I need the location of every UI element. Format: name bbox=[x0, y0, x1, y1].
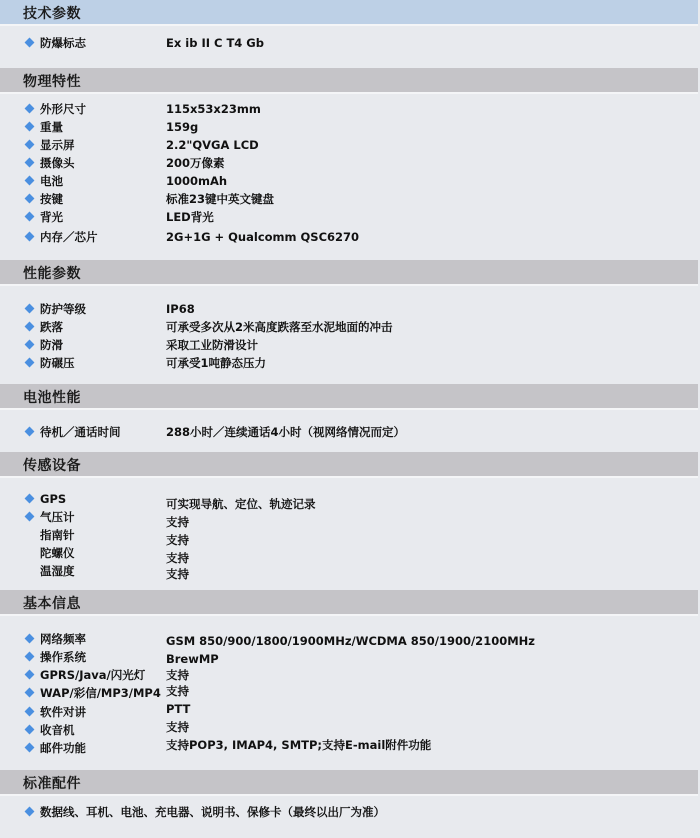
spec-label: 重量 bbox=[40, 119, 63, 135]
section-body: GPS 可实现导航、定位、轨迹记录 气压计 支持 指南针 支持 陀螺仪 支持 温… bbox=[0, 478, 698, 590]
section-body: 外形尺寸 115x53x23mm 重量 159g 显示屏 2.2"QVGA LC… bbox=[0, 94, 698, 260]
spec-row: WAP/彩信/MP3/MP4 支持 bbox=[0, 685, 698, 703]
diamond-bullet-icon bbox=[25, 743, 35, 753]
spec-value: 标准23键中英文键盘 bbox=[166, 191, 274, 207]
section-physical: 物理特性 外形尺寸 115x53x23mm 重量 159g 显示屏 2.2"QV… bbox=[0, 68, 700, 260]
section-header: 电池性能 bbox=[0, 384, 698, 410]
spec-row: 防滑 采取工业防滑设计 bbox=[0, 337, 698, 355]
spec-row: 指南针 支持 bbox=[0, 527, 698, 545]
diamond-bullet-icon bbox=[25, 707, 35, 717]
diamond-bullet-icon bbox=[25, 725, 35, 735]
diamond-bullet-icon bbox=[25, 176, 35, 186]
spec-value: 支持POP3, IMAP4, SMTP;支持E-mail附件功能 bbox=[166, 737, 431, 753]
section-body: 数据线、耳机、电池、充电器、说明书、保修卡（最终以出厂为准） bbox=[0, 796, 698, 838]
section-header: 传感设备 bbox=[0, 452, 698, 478]
diamond-bullet-icon bbox=[25, 322, 35, 332]
spec-row: 邮件功能 支持POP3, IMAP4, SMTP;支持E-mail附件功能 bbox=[0, 740, 698, 758]
spec-value: IP68 bbox=[166, 301, 195, 317]
spec-row: 陀螺仪 支持 bbox=[0, 545, 698, 563]
spec-value: 采取工业防滑设计 bbox=[166, 337, 258, 353]
diamond-bullet-icon bbox=[25, 807, 35, 817]
spec-label: GPS bbox=[40, 491, 66, 507]
spec-label: 陀螺仪 bbox=[40, 545, 75, 561]
spec-row: 温湿度 支持 bbox=[0, 563, 698, 581]
section-body: 待机／通话时间 288小时／连续通话4小时（视网络情况而定） bbox=[0, 410, 698, 452]
section-title: 性能参数 bbox=[23, 263, 81, 283]
spec-row: 防碾压 可承受1吨静态压力 bbox=[0, 355, 698, 373]
section-header: 标准配件 bbox=[0, 770, 698, 796]
spec-row: 背光 LED背光 bbox=[0, 209, 698, 227]
diamond-bullet-icon bbox=[25, 652, 35, 662]
spec-row: 数据线、耳机、电池、充电器、说明书、保修卡（最终以出厂为准） bbox=[0, 804, 698, 822]
spec-value: 支持 bbox=[166, 566, 189, 582]
spec-row: 电池 1000mAh bbox=[0, 173, 698, 191]
diamond-bullet-icon bbox=[25, 104, 35, 114]
spec-value: 支持 bbox=[166, 667, 189, 683]
diamond-bullet-icon bbox=[25, 38, 35, 48]
diamond-bullet-icon bbox=[25, 427, 35, 437]
section-title: 电池性能 bbox=[23, 387, 81, 407]
spec-row: 内存／芯片 2G+1G + Qualcomm QSC6270 bbox=[0, 229, 698, 247]
spec-value: 可承受1吨静态压力 bbox=[166, 355, 266, 371]
section-tech-params: 技术参数 防爆标志 Ex ib II C T4 Gb bbox=[0, 0, 700, 68]
section-header: 性能参数 bbox=[0, 260, 698, 286]
spec-label: 按键 bbox=[40, 191, 63, 207]
spec-row: 操作系统 BrewMP bbox=[0, 649, 698, 667]
spec-value: 159g bbox=[166, 119, 198, 135]
spec-row: 按键 标准23键中英文键盘 bbox=[0, 191, 698, 209]
spec-label: 待机／通话时间 bbox=[40, 424, 121, 440]
spec-row: 网络频率 GSM 850/900/1800/1900MHz/WCDMA 850/… bbox=[0, 631, 698, 649]
spec-label: 摄像头 bbox=[40, 155, 75, 171]
spec-row: 重量 159g bbox=[0, 119, 698, 137]
section-body: 网络频率 GSM 850/900/1800/1900MHz/WCDMA 850/… bbox=[0, 616, 698, 770]
spec-label: 防爆标志 bbox=[40, 35, 86, 51]
diamond-bullet-icon bbox=[25, 232, 35, 242]
spec-row: GPRS/Java/闪光灯 支持 bbox=[0, 667, 698, 685]
spec-label: 防滑 bbox=[40, 337, 63, 353]
section-body: 防爆标志 Ex ib II C T4 Gb bbox=[0, 26, 698, 68]
spec-row: 防爆标志 Ex ib II C T4 Gb bbox=[0, 35, 698, 53]
spec-label: 指南针 bbox=[40, 527, 75, 543]
spec-value: BrewMP bbox=[166, 651, 219, 667]
section-title: 基本信息 bbox=[23, 593, 81, 613]
diamond-bullet-icon bbox=[25, 340, 35, 350]
spec-label: 网络频率 bbox=[40, 631, 86, 647]
spec-value: LED背光 bbox=[166, 209, 214, 225]
spec-label: 操作系统 bbox=[40, 649, 86, 665]
spec-label: 背光 bbox=[40, 209, 63, 225]
diamond-bullet-icon bbox=[25, 140, 35, 150]
section-title: 技术参数 bbox=[23, 3, 81, 23]
section-title: 物理特性 bbox=[23, 71, 81, 91]
spec-label: 软件对讲 bbox=[40, 704, 86, 720]
spec-value: 支持 bbox=[166, 719, 189, 735]
spec-label: 跌落 bbox=[40, 319, 63, 335]
spec-value: 2G+1G + Qualcomm QSC6270 bbox=[166, 229, 359, 245]
diamond-bullet-icon bbox=[25, 194, 35, 204]
spec-row: 气压计 支持 bbox=[0, 509, 698, 527]
spec-value: 2.2"QVGA LCD bbox=[166, 137, 259, 153]
spec-row: 待机／通话时间 288小时／连续通话4小时（视网络情况而定） bbox=[0, 424, 698, 442]
spec-value: PTT bbox=[166, 701, 190, 717]
section-body: 防护等级 IP68 跌落 可承受多次从2米高度跌落至水泥地面的冲击 防滑 采取工… bbox=[0, 286, 698, 384]
section-sensors: 传感设备 GPS 可实现导航、定位、轨迹记录 气压计 支持 指南针 支持 陀螺仪… bbox=[0, 452, 700, 590]
spec-value: Ex ib II C T4 Gb bbox=[166, 35, 264, 51]
spec-row: 外形尺寸 115x53x23mm bbox=[0, 101, 698, 119]
diamond-bullet-icon bbox=[25, 634, 35, 644]
spec-row: 软件对讲 PTT bbox=[0, 704, 698, 722]
diamond-bullet-icon bbox=[25, 304, 35, 314]
spec-value: 200万像素 bbox=[166, 155, 225, 171]
section-header: 物理特性 bbox=[0, 68, 698, 94]
spec-label: 显示屏 bbox=[40, 137, 75, 153]
spec-label: 温湿度 bbox=[40, 563, 75, 579]
spec-label: 电池 bbox=[40, 173, 63, 189]
spec-value: GSM 850/900/1800/1900MHz/WCDMA 850/1900/… bbox=[166, 633, 535, 649]
accessories-text: 数据线、耳机、电池、充电器、说明书、保修卡（最终以出厂为准） bbox=[40, 804, 385, 820]
spec-value: 1000mAh bbox=[166, 173, 227, 189]
spec-label: GPRS/Java/闪光灯 bbox=[40, 667, 145, 683]
diamond-bullet-icon bbox=[25, 494, 35, 504]
spec-row: 跌落 可承受多次从2米高度跌落至水泥地面的冲击 bbox=[0, 319, 698, 337]
diamond-bullet-icon bbox=[25, 670, 35, 680]
spec-label: 防护等级 bbox=[40, 301, 86, 317]
spec-label: 内存／芯片 bbox=[40, 229, 98, 245]
diamond-bullet-icon bbox=[25, 122, 35, 132]
spec-value: 可承受多次从2米高度跌落至水泥地面的冲击 bbox=[166, 319, 393, 335]
diamond-bullet-icon bbox=[25, 212, 35, 222]
section-title: 传感设备 bbox=[23, 455, 81, 475]
section-performance: 性能参数 防护等级 IP68 跌落 可承受多次从2米高度跌落至水泥地面的冲击 防… bbox=[0, 260, 700, 384]
spec-label: 气压计 bbox=[40, 509, 75, 525]
spec-label: WAP/彩信/MP3/MP4 bbox=[40, 685, 161, 701]
spec-label: 收音机 bbox=[40, 722, 75, 738]
spec-row: 摄像头 200万像素 bbox=[0, 155, 698, 173]
diamond-bullet-icon bbox=[25, 358, 35, 368]
spec-label: 防碾压 bbox=[40, 355, 75, 371]
section-title: 标准配件 bbox=[23, 773, 81, 793]
spec-value: 288小时／连续通话4小时（视网络情况而定） bbox=[166, 424, 405, 440]
diamond-bullet-icon bbox=[25, 158, 35, 168]
section-accessories: 标准配件 数据线、耳机、电池、充电器、说明书、保修卡（最终以出厂为准） bbox=[0, 770, 700, 838]
spec-row: 防护等级 IP68 bbox=[0, 301, 698, 319]
section-basic-info: 基本信息 网络频率 GSM 850/900/1800/1900MHz/WCDMA… bbox=[0, 590, 700, 770]
section-header: 基本信息 bbox=[0, 590, 698, 616]
spec-value: 支持 bbox=[166, 683, 189, 699]
spec-row: 显示屏 2.2"QVGA LCD bbox=[0, 137, 698, 155]
diamond-bullet-icon bbox=[25, 512, 35, 522]
diamond-bullet-icon bbox=[25, 688, 35, 698]
spec-label: 外形尺寸 bbox=[40, 101, 86, 117]
section-battery: 电池性能 待机／通话时间 288小时／连续通话4小时（视网络情况而定） bbox=[0, 384, 700, 452]
spec-row: GPS 可实现导航、定位、轨迹记录 bbox=[0, 491, 698, 509]
spec-label: 邮件功能 bbox=[40, 740, 86, 756]
section-header: 技术参数 bbox=[0, 0, 698, 26]
spec-value: 115x53x23mm bbox=[166, 101, 261, 117]
